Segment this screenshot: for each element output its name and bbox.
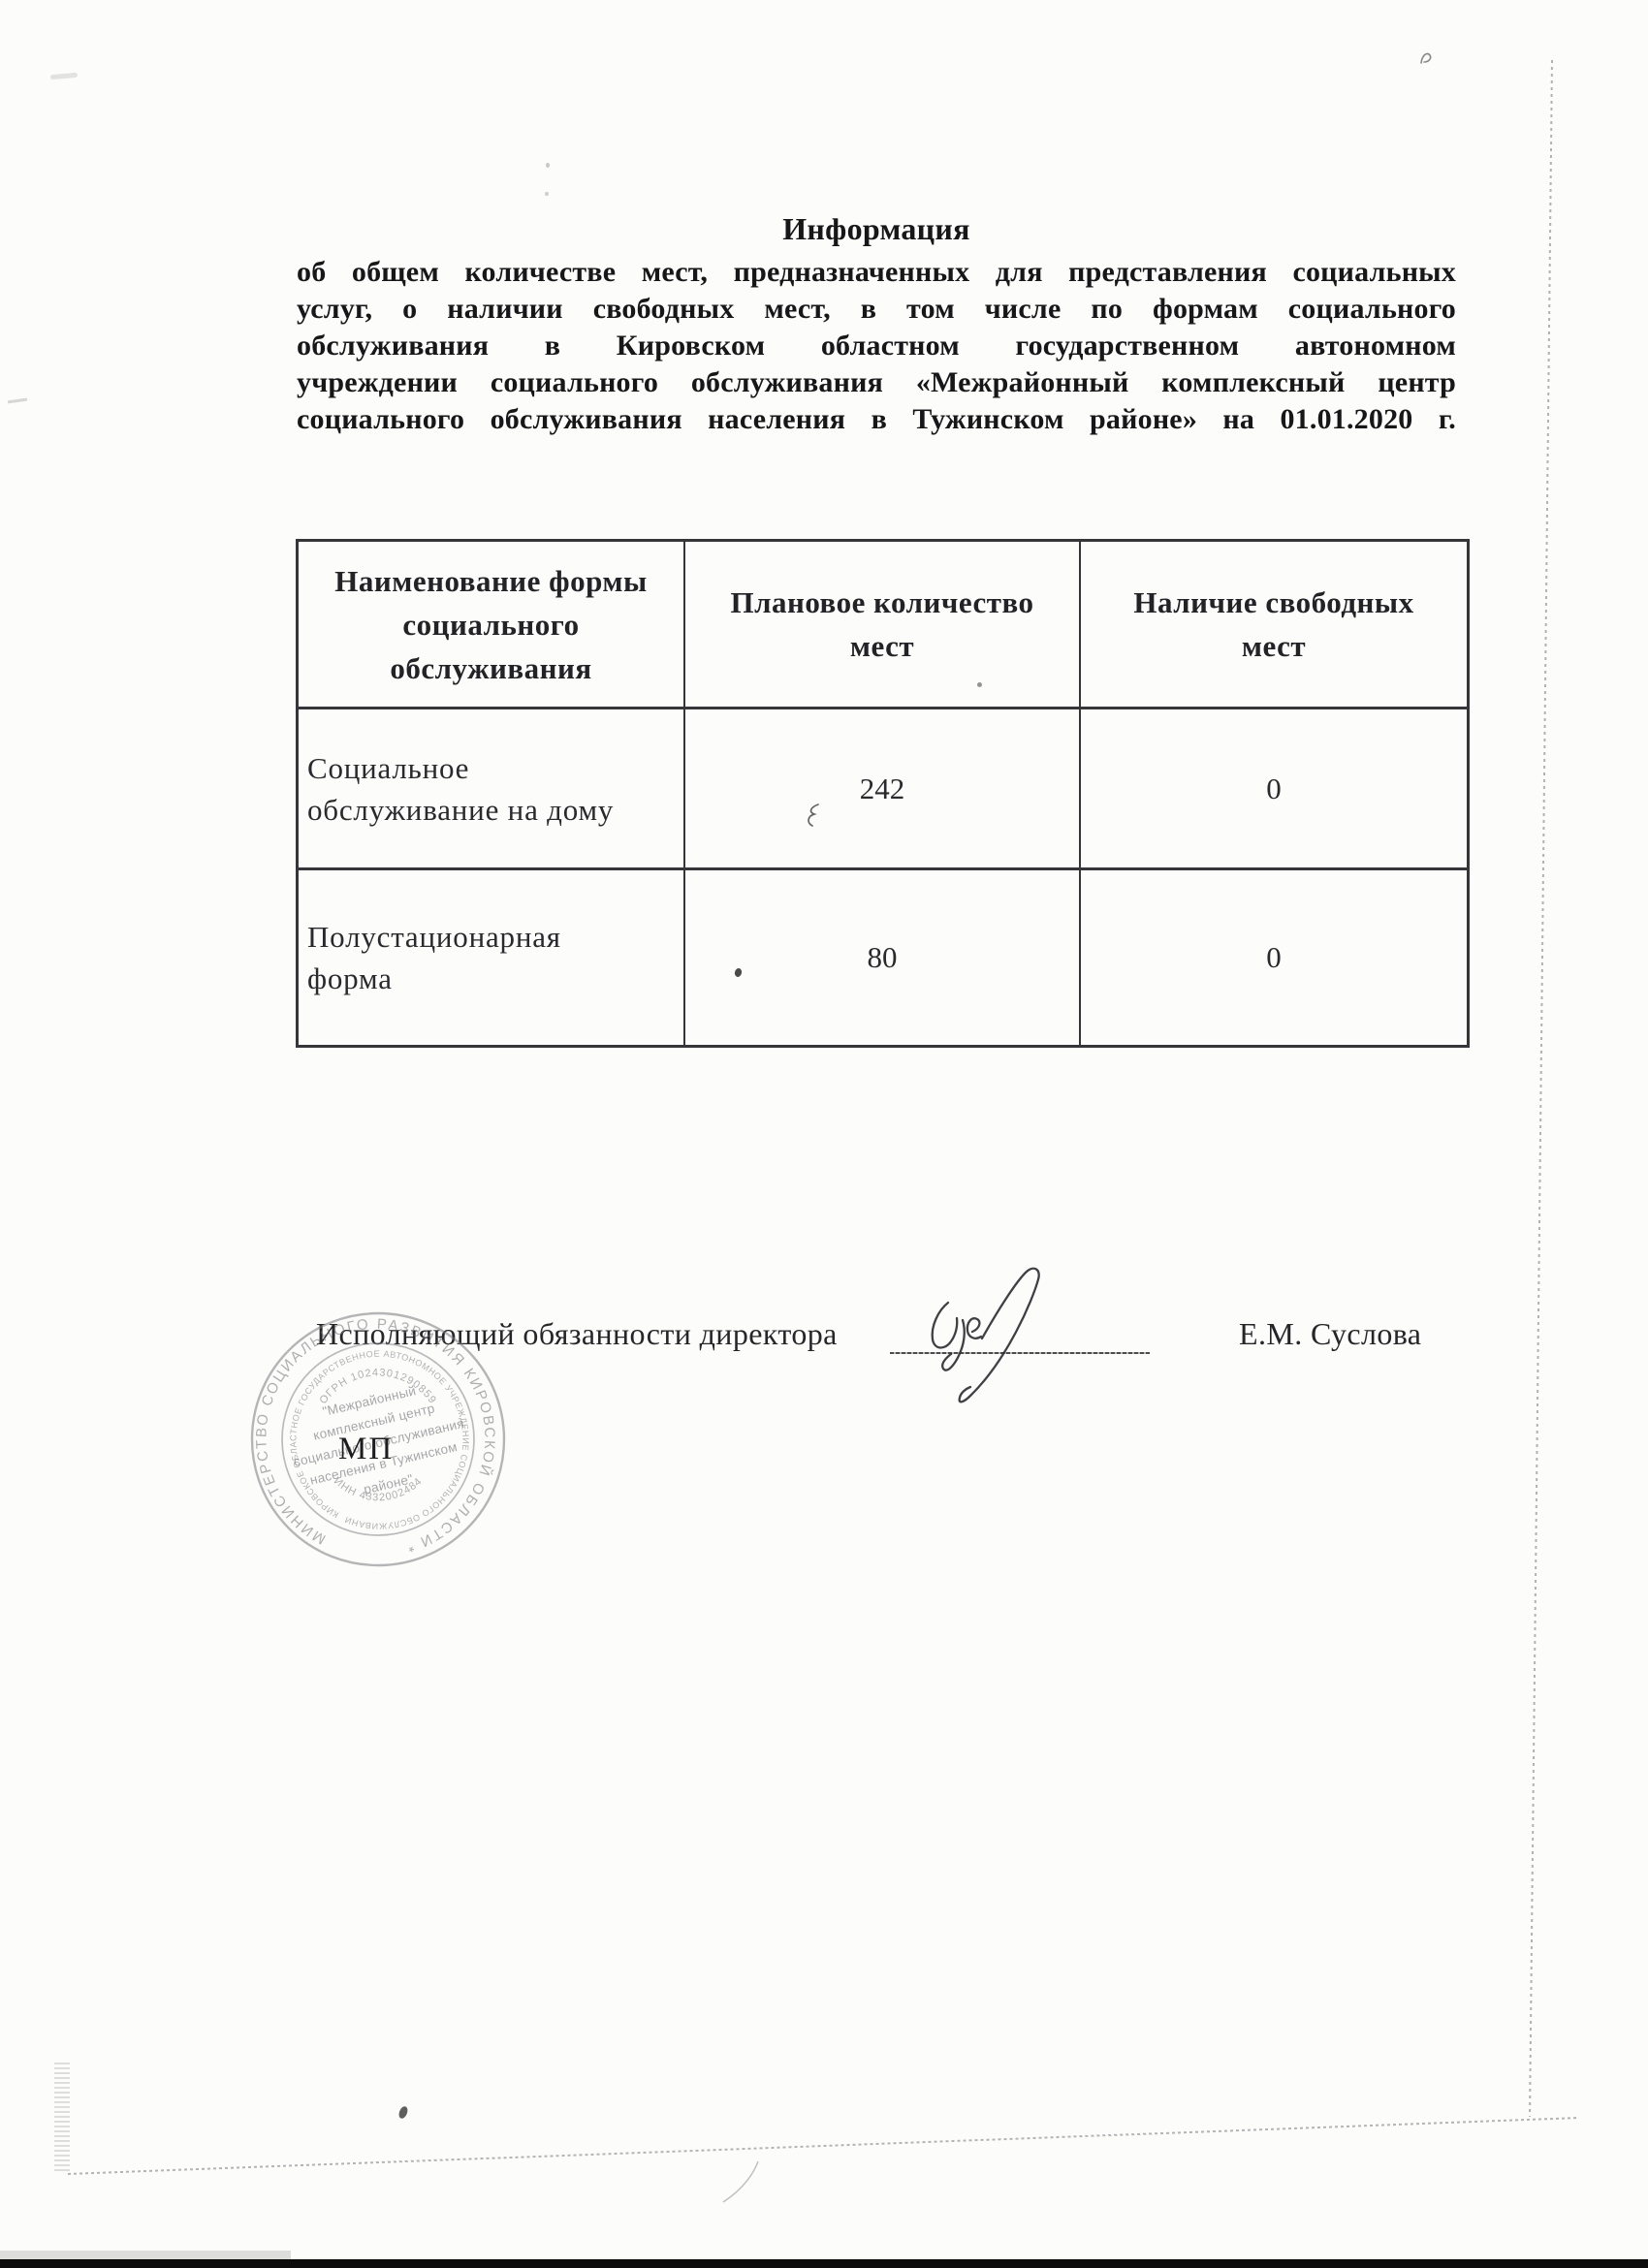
document-title: Информация bbox=[297, 211, 1456, 247]
header-line: Наименование формы bbox=[334, 559, 647, 603]
scan-speck bbox=[545, 192, 549, 196]
intro-line-5: социального обслуживания населения в Туж… bbox=[297, 401, 1456, 438]
table-header-form: Наименование формы социального обслужива… bbox=[299, 542, 685, 709]
signatory-name: Е.М. Суслова bbox=[1239, 1316, 1421, 1352]
scan-page-edge-vertical bbox=[1529, 60, 1553, 2117]
intro-line-2: услуг, о наличии свободных мест, в том ч… bbox=[297, 291, 1456, 328]
scan-page-edge-horizontal bbox=[68, 2117, 1579, 2175]
seal-place-mark: МП bbox=[338, 1432, 394, 1467]
scan-bottom-black-band bbox=[0, 2259, 1648, 2268]
intro-line-1: об общем количестве мест, предназначенны… bbox=[297, 254, 1456, 291]
intro-line-4: учреждении социального обслуживания «Меж… bbox=[297, 364, 1456, 401]
scan-speck bbox=[546, 163, 550, 168]
table-row-semi-planned: 80 bbox=[685, 870, 1081, 1045]
header-line: обслуживания bbox=[390, 646, 591, 690]
scan-bottom-smudge bbox=[0, 2251, 291, 2259]
scan-edge-hatch bbox=[54, 2063, 70, 2171]
header-line: мест bbox=[1242, 624, 1306, 668]
header-line: Наличие свободных bbox=[1133, 581, 1413, 624]
scan-speck bbox=[397, 2105, 409, 2120]
header-line: мест bbox=[850, 624, 914, 668]
scan-speck bbox=[977, 682, 982, 687]
scan-speck bbox=[50, 73, 78, 79]
scan-ink-squiggle bbox=[805, 801, 826, 830]
places-table: Наименование формы социального обслужива… bbox=[296, 539, 1470, 1048]
table-header-free: Наличие свободных мест bbox=[1081, 542, 1467, 709]
cell-line: обслуживание на дому bbox=[307, 789, 614, 831]
scan-curve-mark bbox=[719, 2159, 764, 2206]
table-header-planned: Плановое количество мест bbox=[685, 542, 1081, 709]
scanned-document-page: Информация об общем количестве мест, пре… bbox=[0, 0, 1648, 2268]
cell-line: форма bbox=[307, 958, 393, 999]
intro-line-3: обслуживания в Кировском областном госуд… bbox=[297, 328, 1456, 364]
handwritten-signature bbox=[918, 1260, 1063, 1415]
scan-speck bbox=[8, 398, 27, 404]
table-row-semi-form: Полустационарная форма bbox=[299, 870, 685, 1045]
scan-ink-mark bbox=[1418, 48, 1434, 68]
table-row-semi-free: 0 bbox=[1081, 870, 1467, 1045]
table-row-home-planned: 242 bbox=[685, 709, 1081, 870]
header-line: Плановое количество bbox=[730, 581, 1033, 624]
table-row-home-free: 0 bbox=[1081, 709, 1467, 870]
header-line: социального bbox=[402, 603, 579, 646]
cell-line: Социальное bbox=[307, 747, 469, 789]
document-intro: об общем количестве мест, предназначенны… bbox=[297, 254, 1456, 438]
cell-line: Полустационарная bbox=[307, 916, 561, 958]
table-row-home-form: Социальное обслуживание на дому bbox=[299, 709, 685, 870]
